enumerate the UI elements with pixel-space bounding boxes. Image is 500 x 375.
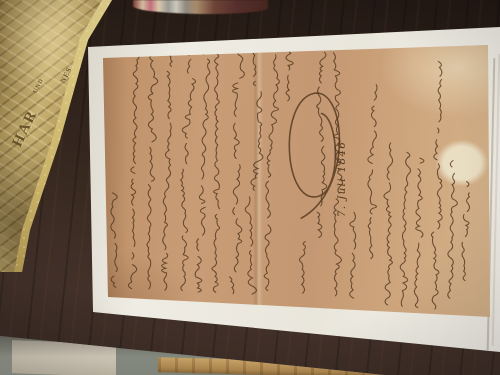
handwriting-strokes bbox=[97, 41, 493, 329]
photo-scene: HAR UND NES 7. Juli 1846 bbox=[0, 0, 500, 375]
letter-date: 7. Juli 1846 bbox=[337, 92, 348, 217]
embossed-text-fragment: HAR bbox=[9, 107, 42, 150]
embossed-text-fragment: UND bbox=[33, 78, 46, 95]
handwritten-letter: 7. Juli 1846 bbox=[100, 45, 490, 325]
